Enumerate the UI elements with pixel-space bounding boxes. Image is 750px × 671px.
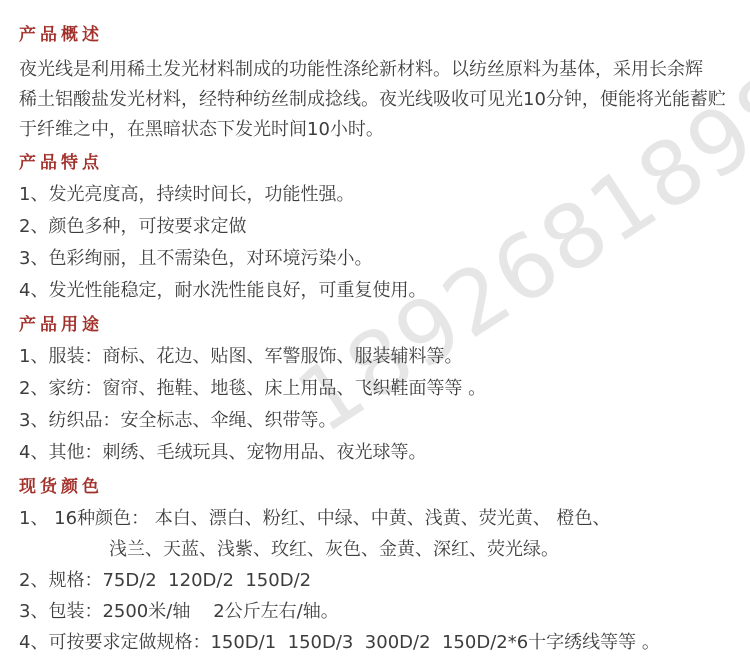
feature-item: 4、发光性能稳定，耐水洗性能良好，可重复使用。 — [19, 275, 731, 307]
use-item: 1、服装：商标、花边、贴图、军警服饰、服装辅料等。 — [19, 341, 731, 373]
uses-list: 1、服装：商标、花边、贴图、军警服饰、服装辅料等。 2、家纺：窗帘、拖鞋、地毯、… — [19, 341, 731, 469]
section-title-uses: 产品用途 — [19, 314, 731, 336]
feature-item: 2、颜色多种，可按要求定做 — [19, 211, 731, 243]
section-title-overview: 产品概述 — [19, 24, 731, 46]
stock-item-colors-continuation: 浅兰、天蓝、浅紫、玫红、灰色、金黄、深红、荧光绿。 — [19, 534, 731, 565]
overview-line: 于纤维之中，在黑暗状态下发光时间10小时。 — [19, 115, 731, 145]
features-list: 1、发光亮度高，持续时间长，功能性强。 2、颜色多种，可按要求定做 3、色彩绚丽… — [19, 179, 731, 307]
product-description-content: 产品概述 夜光线是利用稀土发光材料制成的功能性涤纶新材料。以纺丝原料为基体，采用… — [0, 0, 750, 658]
stock-item-specs: 2、规格：75D/2 120D/2 150D/2 — [19, 565, 731, 596]
stock-colors-list: 1、 16种颜色： 本白、漂白、粉红、中绿、中黄、浅黄、荧光黄、 橙色、 浅兰、… — [19, 503, 731, 658]
use-item: 2、家纺：窗帘、拖鞋、地毯、床上用品、飞织鞋面等等 。 — [19, 373, 731, 405]
feature-item: 3、色彩绚丽，且不需染色，对环境污染小。 — [19, 243, 731, 275]
use-item: 3、纺织品：安全标志、伞绳、织带等。 — [19, 405, 731, 437]
overview-line: 稀土铝酸盐发光材料，经特种纺丝制成捻线。夜光线吸收可见光10分钟，便能将光能蓄贮 — [19, 85, 731, 115]
product-detail-page: 18926818983 产品概述 夜光线是利用稀土发光材料制成的功能性涤纶新材料… — [0, 0, 750, 671]
use-item: 4、其他：刺绣、毛绒玩具、宠物用品、夜光球等。 — [19, 437, 731, 469]
overview-line: 夜光线是利用稀土发光材料制成的功能性涤纶新材料。以纺丝原料为基体，采用长余辉 — [19, 55, 731, 85]
stock-item-colors: 1、 16种颜色： 本白、漂白、粉红、中绿、中黄、浅黄、荧光黄、 橙色、 — [19, 503, 731, 534]
stock-item-packaging: 3、包装：2500米/轴 2公斤左右/轴。 — [19, 596, 731, 627]
section-title-stock-colors: 现货颜色 — [19, 476, 731, 498]
overview-paragraph: 夜光线是利用稀土发光材料制成的功能性涤纶新材料。以纺丝原料为基体，采用长余辉 稀… — [19, 55, 731, 145]
feature-item: 1、发光亮度高，持续时间长，功能性强。 — [19, 179, 731, 211]
stock-item-custom-specs: 4、可按要求定做规格：150D/1 150D/3 300D/2 150D/2*6… — [19, 627, 731, 658]
section-title-features: 产品特点 — [19, 152, 731, 174]
